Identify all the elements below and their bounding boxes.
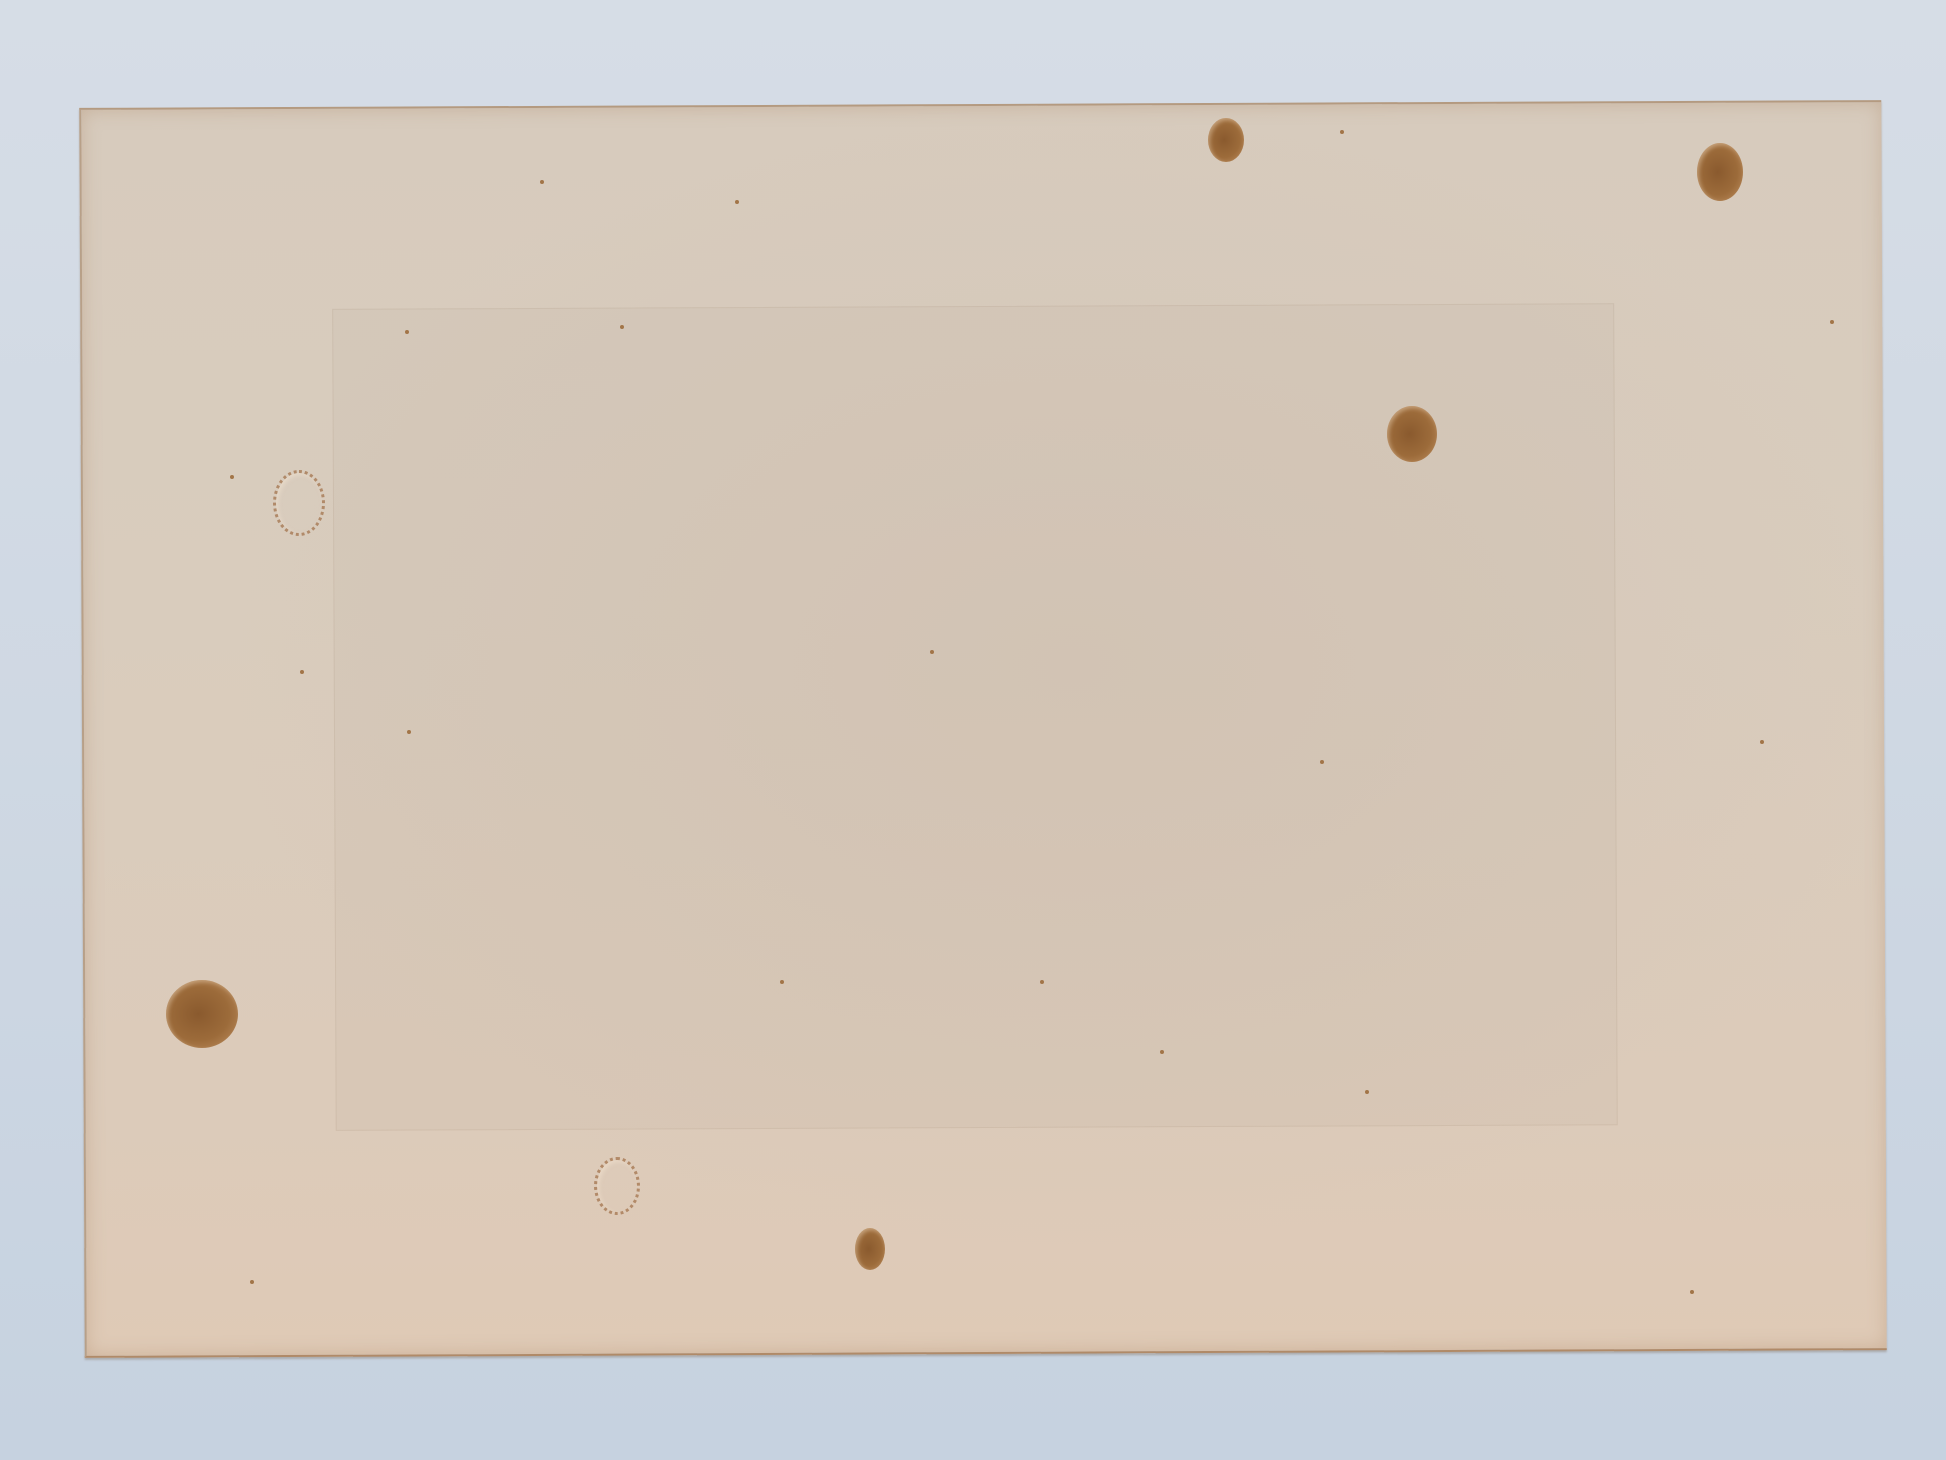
foxing-stain-lower-left [166,980,238,1048]
foxing-speck [1760,740,1764,744]
foxing-speck [540,180,544,184]
foxing-speck [250,1280,254,1284]
foxing-speck [230,475,234,479]
foxing-speck [1340,130,1344,134]
foxing-stain-upper-right-center [1387,406,1437,462]
aged-paper-sheet [79,100,1886,1358]
foxing-speck [735,200,739,204]
foxing-speck [1160,1050,1164,1054]
foxing-speck [1320,760,1324,764]
foxing-stain-left-mid-ring [273,470,325,536]
foxing-stain-top-center [1208,118,1244,162]
foxing-speck [1690,1290,1694,1294]
foxing-speck [1830,320,1834,324]
foxing-stain-bottom-center [855,1228,885,1270]
foxing-speck [1365,1090,1369,1094]
foxing-speck [300,670,304,674]
foxing-speck [620,325,624,329]
foxing-stain-bottom-ring [594,1157,640,1215]
foxing-speck [407,730,411,734]
foxing-speck [930,650,934,654]
foxing-speck [1040,980,1044,984]
foxing-stain-top-right [1697,143,1743,201]
foxing-speck [780,980,784,984]
foxing-speck [405,330,409,334]
